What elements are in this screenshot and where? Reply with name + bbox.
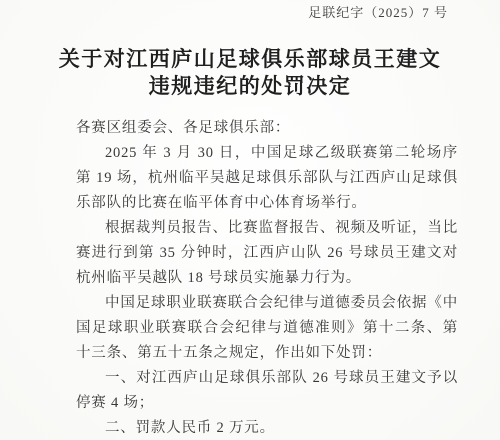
decision-item-suspension: 一、对江西庐山足球俱乐部队 26 号球员王建文予以停赛 4 场； — [76, 366, 458, 416]
paragraph-match-info: 2025 年 3 月 30 日，中国足球乙级联赛第二轮场序第 19 场，杭州临平… — [76, 141, 458, 216]
decision-item-fine: 二、罚款人民币 2 万元。 — [76, 416, 458, 440]
document-reference-number: 足联纪字（2025）7 号 — [0, 5, 500, 21]
official-document-page: 足联纪字（2025）7 号 关于对江西庐山足球俱乐部球员王建文 违规违纪的处罚决… — [0, 0, 500, 440]
document-title-line-1: 关于对江西庐山足球俱乐部球员王建文 — [0, 46, 500, 73]
document-title-line-2: 违规违纪的处罚决定 — [0, 73, 500, 100]
document-title: 关于对江西庐山足球俱乐部球员王建文 违规违纪的处罚决定 — [0, 46, 500, 100]
document-body: 各赛区组委会、各足球俱乐部： 2025 年 3 月 30 日，中国足球乙级联赛第… — [0, 116, 500, 440]
salutation-line: 各赛区组委会、各足球俱乐部： — [76, 116, 458, 141]
paragraph-violation-description: 根据裁判员报告、比赛监督报告、视频及听证，当比赛进行到第 35 分钟时，江西庐山… — [76, 216, 458, 291]
paragraph-legal-basis: 中国足球职业联赛联合会纪律与道德委员会依据《中国足球职业联赛联合会纪律与道德准则… — [76, 291, 458, 366]
